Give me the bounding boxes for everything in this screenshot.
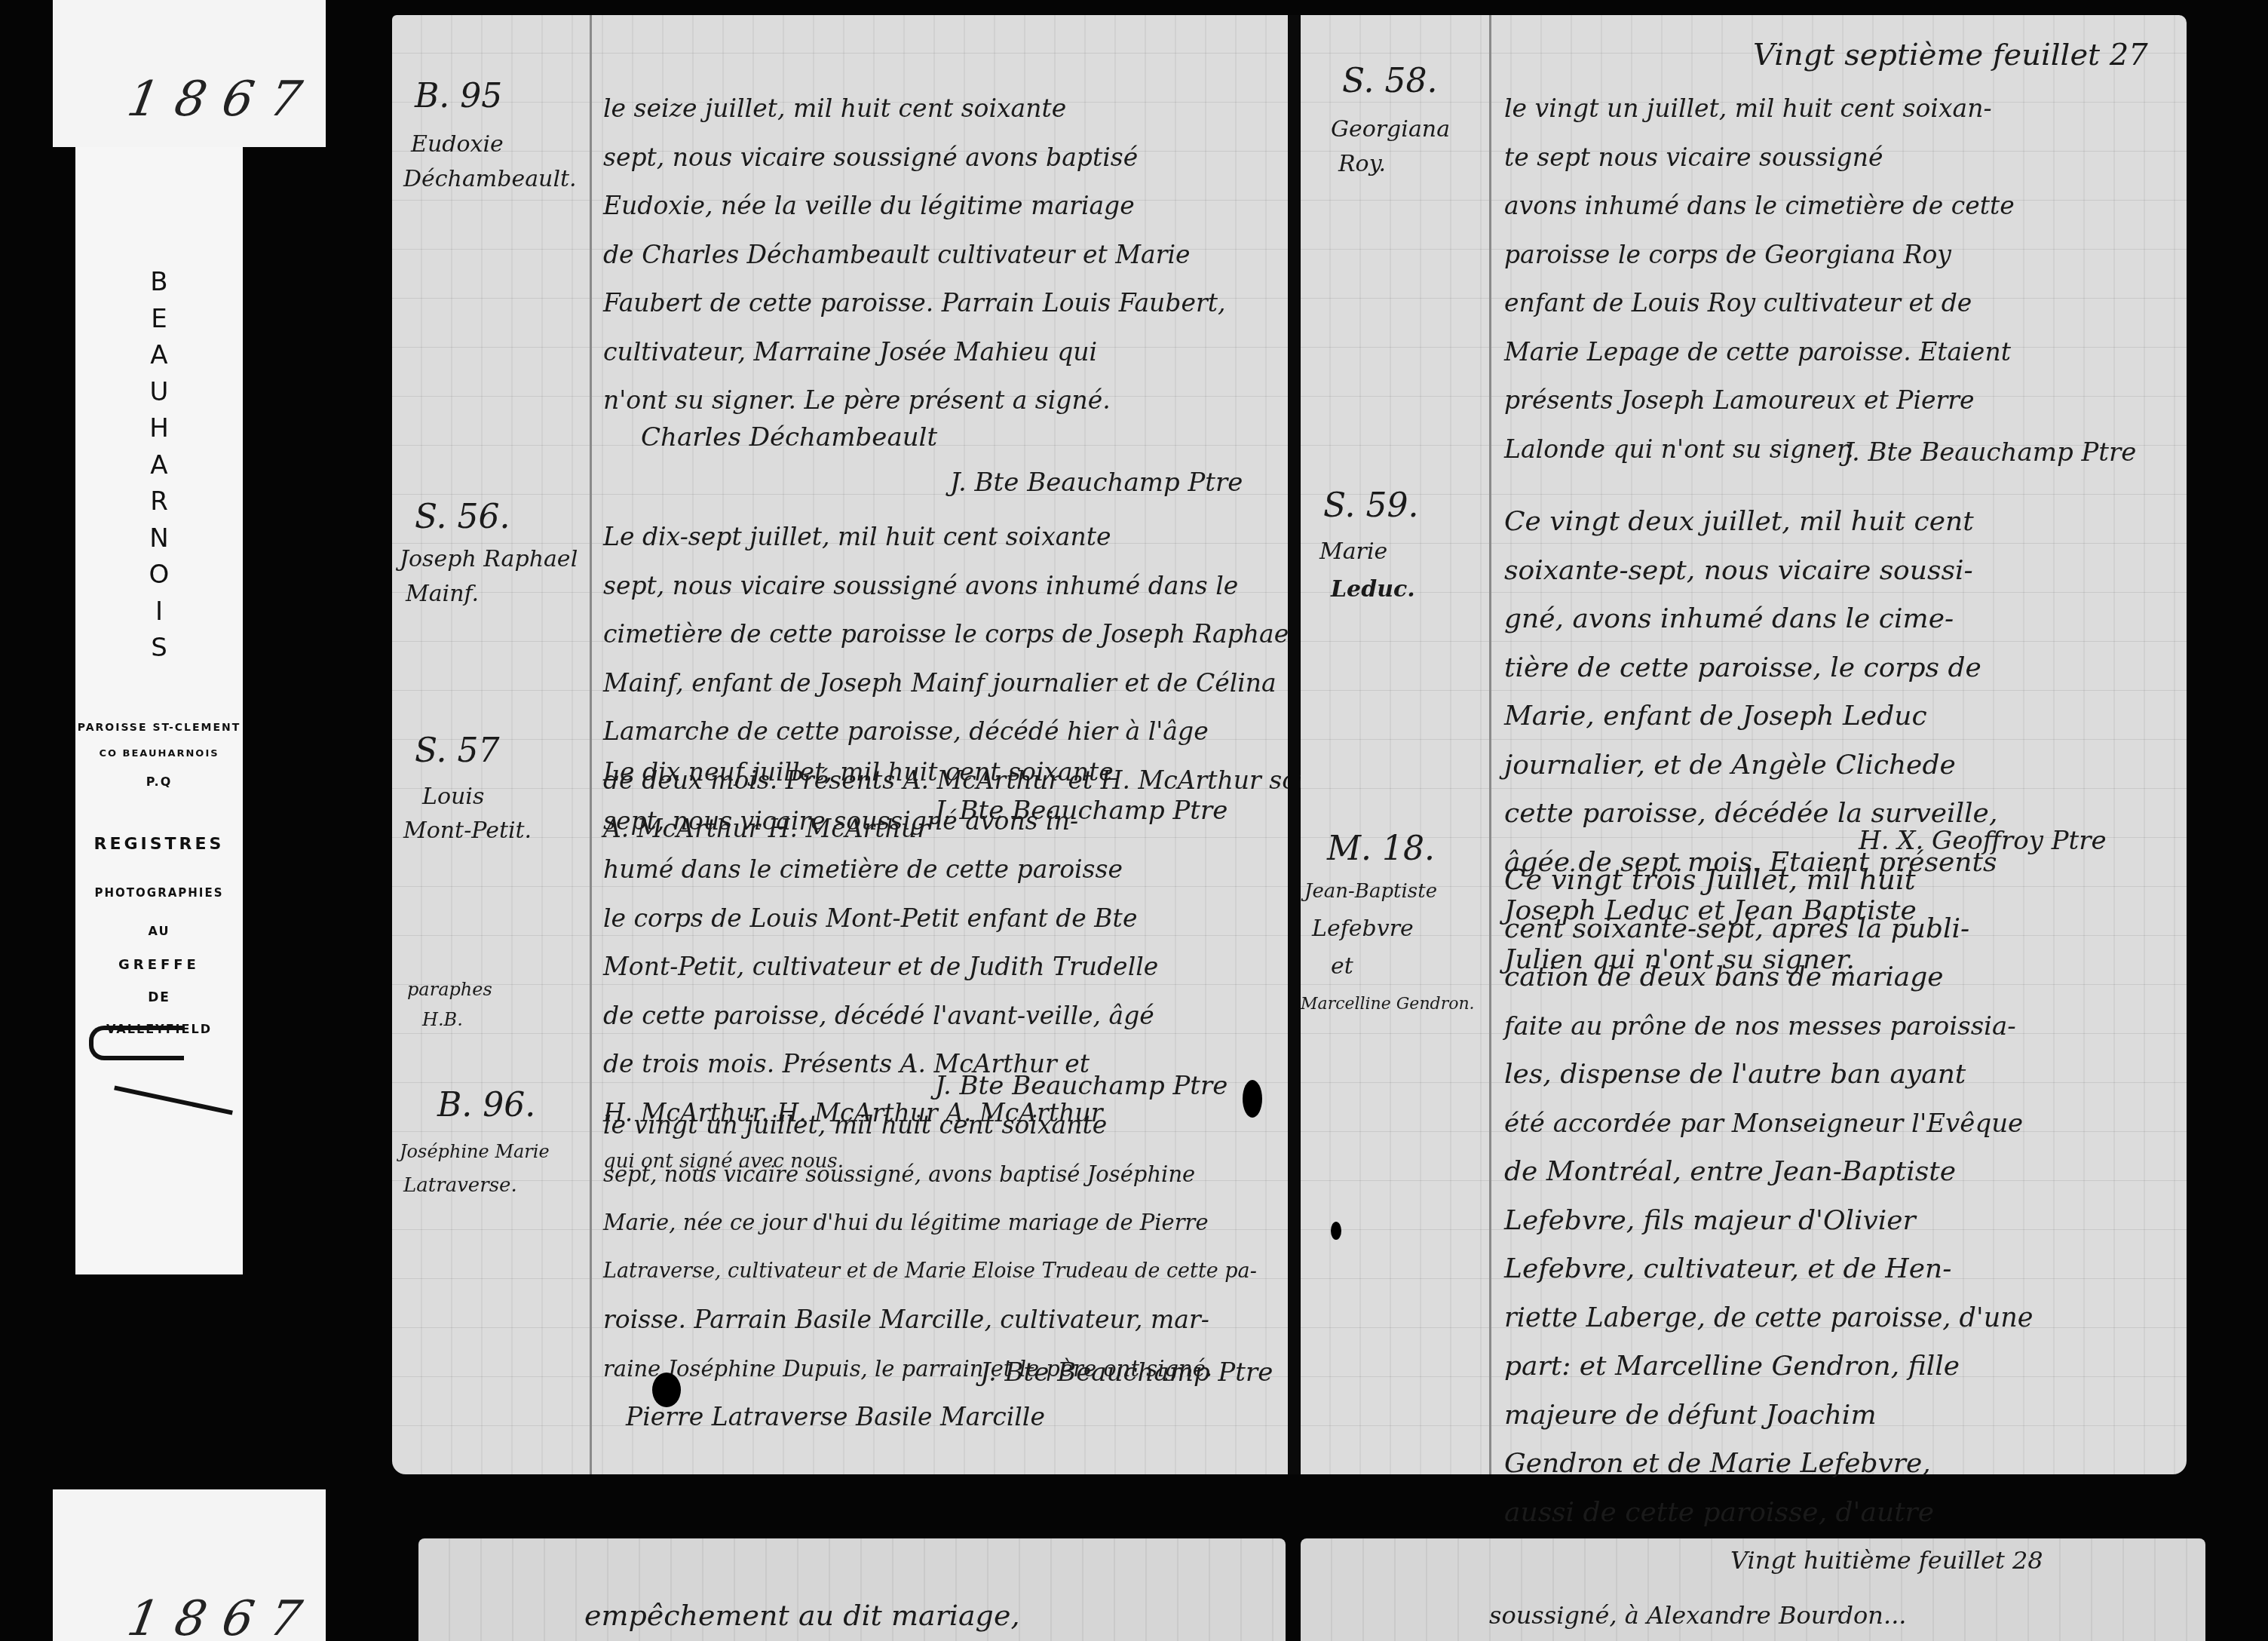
text-line: Marie Lepage de cette paroisse. Etaient [1504, 328, 2015, 377]
margin-name: Roy. [1338, 148, 1386, 181]
margin-name: Joséphine Marie [400, 1135, 550, 1168]
text-line: enfant de Louis Roy cultivateur et de [1504, 279, 2015, 328]
entry-body: Ce vingt trois Juillet, mil huit cent so… [1504, 856, 2033, 1586]
text-line: Gendron et de Marie Lefebvre, [1504, 1440, 2033, 1489]
register-page-left: B. 95 Eudoxie Déchambeault. le seize jui… [392, 15, 1289, 1474]
text-line: paroisse le corps de Georgiana Roy [1504, 231, 2015, 280]
text-line: humé dans le cimetière de cette paroisse [603, 845, 1158, 894]
text-line: tière de cette paroisse, le corps de [1504, 644, 1997, 693]
letter: B [75, 264, 243, 301]
text-line: sept, nous vicaire soussigné avons in- [603, 797, 1158, 846]
letter: H [75, 410, 243, 447]
text-line: part: et Marcelline Gendron, fille [1504, 1342, 2033, 1391]
letter: R [75, 483, 243, 520]
parish-name-vertical: B E A U H A R N O I S [75, 264, 243, 667]
entry-id: M. 18. [1327, 830, 1435, 868]
margin-name: Mainf. [406, 578, 479, 611]
county-line: CO BEAUHARNOIS [75, 748, 243, 759]
text-line: majeure de défunt Joachim [1504, 1391, 2033, 1440]
text-line: Lefebvre, fils majeur d'Olivier [1504, 1197, 2033, 1246]
margin-note: paraphes [407, 973, 492, 1006]
ink-blot [652, 1373, 681, 1407]
text-line: Mont-Petit, cultivateur et de Judith Tru… [603, 943, 1158, 992]
text-line: de Montréal, entre Jean-Baptiste [1504, 1148, 2033, 1197]
year-tab-bottom: 1867 [53, 1489, 326, 1641]
margin-name: Lefebvre [1312, 913, 1414, 946]
year-tab-top: 1867 [53, 0, 326, 147]
text-line: avons inhumé dans le cimetière de cette [1504, 182, 2015, 231]
text-line: gné, avons inhumé dans le cime- [1504, 595, 1997, 644]
text-line: sept, nous vicaire soussigné, avons bapt… [603, 1150, 1257, 1199]
text-line: sept, nous vicaire soussigné avons bapti… [603, 133, 1226, 183]
year-label: 1867 [123, 72, 322, 127]
text-line: présents Joseph Lamoureux et Pierre [1504, 376, 2015, 425]
letter: N [75, 520, 243, 557]
text-line: le vingt un juillet, mil huit cent soixa… [1504, 84, 2015, 133]
text-line: soixante-sept, nous vicaire soussi- [1504, 547, 1997, 596]
text-line: les, dispense de l'autre ban ayant [1504, 1051, 2033, 1100]
margin-name: Louis [422, 781, 484, 814]
folio-header: Vingt huitième feuillet 28 [1730, 1546, 2043, 1575]
margin-name: Déchambeault. [403, 163, 577, 196]
margin-name: et [1331, 950, 1353, 983]
year-label: 1867 [123, 1591, 322, 1641]
entry-id: B. 96. [437, 1086, 535, 1124]
text-line: cent soixante-sept, après la publi- [1504, 905, 2033, 954]
margin-note: H.B. [422, 1003, 463, 1036]
next-page-left: empêchement au dit mariage, [418, 1538, 1286, 1641]
au-label: AU [75, 924, 243, 938]
entry-body: le seize juillet, mil huit cent soixante… [603, 84, 1226, 425]
province-line: P.Q [75, 774, 243, 789]
photographies-label: PHOTOGRAPHIES [75, 886, 243, 900]
text-line: de cette paroisse, décédé l'avant-veille… [603, 992, 1158, 1041]
register-page-right: Vingt septième feuillet 27 S. 58. Georgi… [1301, 15, 2187, 1474]
text-line: Marie, enfant de Joseph Leduc [1504, 692, 1997, 741]
text-line: soussigné, à Alexandre Bourdon... [1489, 1591, 1906, 1640]
parish-label-card: B E A U H A R N O I S PAROISSE ST-CLEMEN… [75, 147, 243, 1274]
text-line: le vingt un juillet, mil huit cent soixa… [603, 1101, 1257, 1150]
text-line: Lefebvre, cultivateur, et de Hen- [1504, 1245, 2033, 1294]
letter: S [75, 630, 243, 667]
margin-name: Joseph Raphael [400, 543, 578, 576]
text-line: Pierre Latraverse Basile Marcille [603, 1393, 1257, 1442]
letter: I [75, 594, 243, 630]
folio-header: Vingt septième feuillet 27 [1753, 38, 2148, 72]
book-gutter [1288, 15, 1300, 1474]
paperclip-icon [89, 1026, 184, 1060]
margin-name: Eudoxie [411, 128, 504, 161]
entry-body: le vingt un juillet, mil huit cent soixa… [603, 1101, 1257, 1442]
signature: J. Bte Beauchamp Ptre [935, 1071, 1227, 1101]
entry-id: S. 59. [1323, 486, 1419, 525]
text-line: Latraverse, cultivateur et de Marie Eloi… [603, 1247, 1257, 1296]
text-line: de Charles Déchambeault cultivateur et M… [603, 231, 1226, 280]
letter: E [75, 301, 243, 338]
text-line: cultivateur, Marraine Josée Mahieu qui [603, 328, 1226, 377]
text-line: journalier, et de Angèle Clichede [1504, 741, 1997, 790]
text-line: le corps de Louis Mont-Petit enfant de B… [603, 894, 1158, 943]
margin-name: Marie [1319, 535, 1387, 569]
signature: Charles Déchambeault [641, 422, 937, 452]
entry-id: S. 56. [415, 498, 510, 536]
text-line: te sept nous vicaire soussigné [1504, 133, 2015, 183]
text-line: été accordée par Monseigneur l'Evêque [1504, 1100, 2033, 1149]
next-page-right: Vingt huitième feuillet 28 soussigné, à … [1301, 1538, 2205, 1641]
margin-name: Georgiana [1331, 113, 1450, 146]
margin-name: Latraverse. [403, 1169, 517, 1202]
letter: A [75, 337, 243, 374]
text-line: riette Laberge, de cette paroisse, d'une [1504, 1294, 2033, 1343]
entry-body: le vingt un juillet, mil huit cent soixa… [1504, 84, 2015, 474]
text-line: n'ont su signer. Le père présent a signé… [603, 376, 1226, 425]
margin-name: Marcelline Gendron. [1301, 988, 1475, 1021]
entry-id: S. 58. [1342, 62, 1438, 100]
text-line: Eudoxie, née la veille du légitime maria… [603, 182, 1226, 231]
parish-line: PAROISSE ST-CLEMENT [75, 722, 243, 734]
text-line: Ce vingt deux juillet, mil huit cent [1504, 498, 1997, 547]
greffe-label: GREFFE [75, 957, 243, 973]
margin-name: Leduc. [1331, 573, 1415, 606]
ink-blot [1331, 1222, 1341, 1240]
signature: J. Bte Beauchamp Ptre [1844, 437, 2136, 468]
text-line: empêchement au dit mariage, [584, 1591, 1020, 1640]
margin-name: Jean-Baptiste [1304, 875, 1437, 908]
entry-id: S. 57 [415, 732, 500, 770]
text-line: aussi de cette paroisse, d'autre [1504, 1489, 2033, 1538]
letter: A [75, 447, 243, 484]
signature: J. Bte Beauchamp Ptre [950, 468, 1243, 498]
text-line: le seize juillet, mil huit cent soixante [603, 84, 1226, 133]
de-label: DE [75, 990, 243, 1005]
text-line: Faubert de cette paroisse. Parrain Louis… [603, 279, 1226, 328]
ink-blot [1243, 1080, 1262, 1118]
text-line: Marie, née ce jour d'hui du légitime mar… [603, 1198, 1257, 1247]
margin-rule [1489, 15, 1491, 1474]
text-line: faite au prône de nos messes paroissia- [1504, 1002, 2033, 1051]
text-line: cation de deux bans de mariage [1504, 953, 2033, 1002]
margin-name: Mont-Petit. [403, 814, 532, 848]
text-line: Le dix neuf juillet, mil huit cent soixa… [603, 748, 1158, 797]
signature: H. X. Geoffroy Ptre [1859, 826, 2107, 856]
text-line: roisse. Parrain Basile Marcille, cultiva… [603, 1296, 1257, 1345]
letter: O [75, 557, 243, 594]
text-line: Ce vingt trois Juillet, mil huit [1504, 856, 2033, 905]
signature: J. Bte Beauchamp Ptre [980, 1357, 1273, 1388]
letter: U [75, 374, 243, 411]
registres-label: REGISTRES [75, 835, 243, 854]
margin-rule [590, 15, 592, 1474]
entry-id: B. 95 [415, 77, 502, 115]
